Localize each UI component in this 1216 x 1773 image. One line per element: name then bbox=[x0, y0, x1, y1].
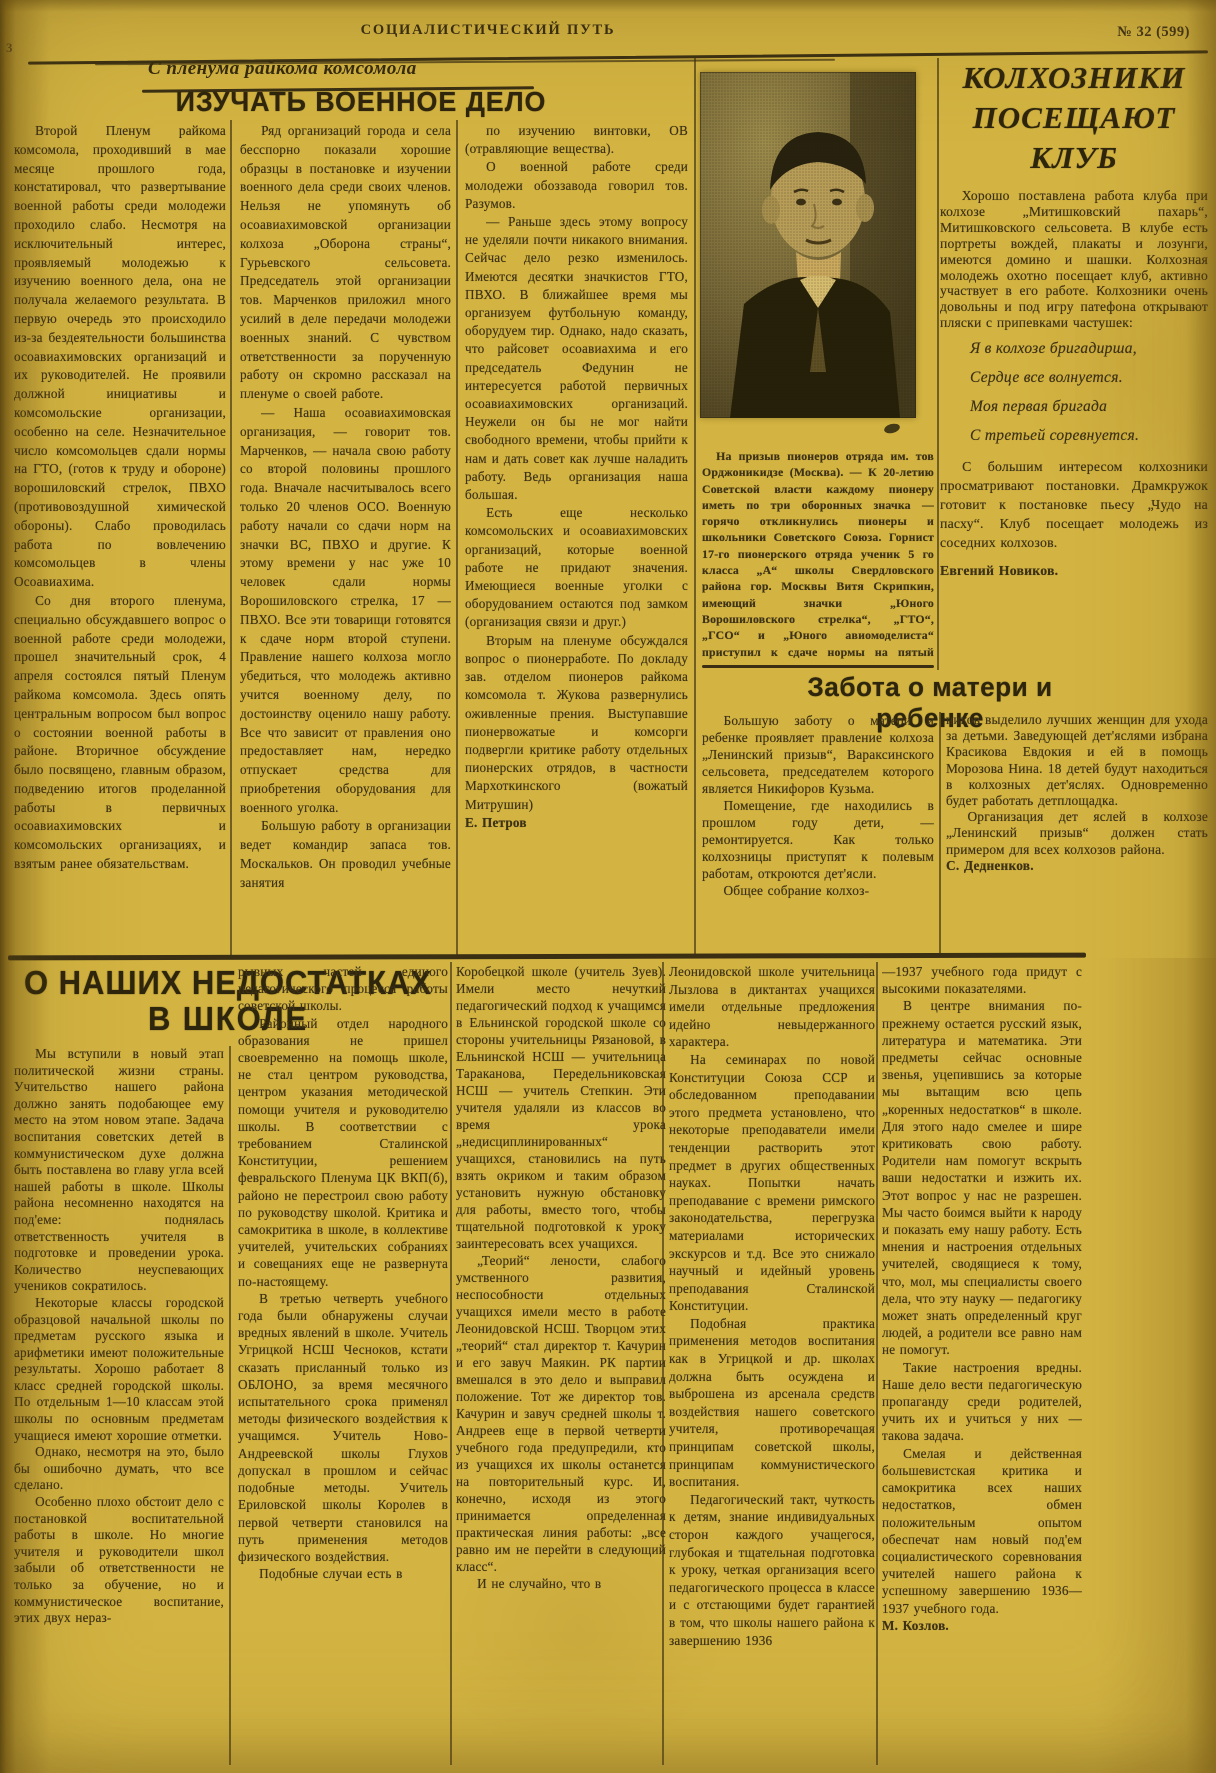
club-article-byline: Евгений Новиков. bbox=[940, 561, 1208, 580]
paragraph: И не случайно, что в bbox=[456, 1575, 666, 1592]
care-article-column-2: ников выделило лучших женщин для ухода з… bbox=[946, 712, 1208, 955]
column-rule bbox=[450, 962, 452, 1765]
paragraph: Леонидовской школе учительница Лызлова в… bbox=[669, 963, 875, 1051]
pioneer-boy-photo bbox=[700, 72, 916, 418]
paragraph: Есть еще несколько комсомольских и осоав… bbox=[465, 504, 688, 631]
paragraph: рывных частей единого педагогического пр… bbox=[238, 963, 448, 1015]
issue-number: № 32 (599) bbox=[1050, 24, 1190, 41]
column-rule bbox=[230, 120, 232, 955]
paragraph: Особенно плохо обстоит дело с постановко… bbox=[14, 1494, 224, 1627]
care-article-byline: С. Дедненков. bbox=[946, 858, 1208, 874]
caption-text: На призыв пионеров отряда им. тов Орджон… bbox=[702, 448, 934, 660]
bottom-right-margin-shade bbox=[1095, 958, 1216, 1773]
paragraph: Помещение, где находились в прошлом году… bbox=[702, 797, 934, 882]
paragraph: О военной работе среди молодежи обоззаво… bbox=[465, 158, 688, 213]
paragraph: — Раньше здесь этому вопросу не уделяли … bbox=[465, 213, 688, 504]
newspaper-page: 3 СОЦИАЛИСТИЧЕСКИЙ ПУТЬ № 32 (599) С пле… bbox=[0, 0, 1216, 1773]
column-rule bbox=[876, 962, 878, 1765]
paragraph: Большую заботу о матери и ребенке проявл… bbox=[702, 712, 934, 797]
school-article-column-2: рывных частей единого педагогического пр… bbox=[238, 963, 448, 1765]
paragraph: Общее собрание колхоз- bbox=[702, 882, 934, 899]
page-number: 3 bbox=[6, 40, 13, 56]
military-article-column-3: по изучению винтовки, ОВ (отравляющие ве… bbox=[465, 122, 688, 956]
paragraph: —1937 учебного года придут с высокими по… bbox=[882, 963, 1082, 997]
paragraph: Некоторые классы городской образцовой на… bbox=[14, 1295, 224, 1444]
column-rule bbox=[456, 120, 458, 955]
chastushka-verse: Я в колхозе бригадирша, Сердце все волну… bbox=[970, 341, 1208, 444]
paragraph: В третью четверть учебного года были обн… bbox=[238, 1290, 448, 1565]
verse-line: С третьей соревнуется. bbox=[970, 428, 1208, 444]
paragraph: Однако, несмотря на это, было бы ошибочн… bbox=[14, 1444, 224, 1494]
paragraph: Подобные случаи есть в bbox=[238, 1565, 448, 1582]
school-article-column-1: Мы вступили в новый этап политической жи… bbox=[14, 1046, 224, 1764]
paragraph: Вторым на пленуме обсуждался вопрос о пи… bbox=[465, 632, 688, 814]
column-rule bbox=[662, 962, 664, 1765]
paragraph: Большую работу в организации ведет коман… bbox=[240, 817, 451, 892]
paragraph: На семинарах по новой Конституции Союза … bbox=[669, 1051, 875, 1315]
paragraph: С большим интересом колхозники просматри… bbox=[940, 457, 1208, 552]
military-article-title: ИЗУЧАТЬ ВОЕННОЕ ДЕЛО bbox=[147, 86, 575, 118]
school-article-column-5: —1937 учебного года придут с высокими по… bbox=[882, 963, 1082, 1765]
column-rule bbox=[939, 712, 941, 955]
military-article-column-2: Ряд организаций города и села бесспорно … bbox=[240, 122, 451, 956]
school-article-column-4: Леонидовской школе учительница Лызлова в… bbox=[669, 963, 875, 1765]
verse-line: Сердце все волнуется. bbox=[970, 370, 1208, 386]
paragraph: Коробецкой школе (учитель Зуев). Имели м… bbox=[456, 963, 666, 1252]
paragraph: Организация дет яслей в колхозе „Ленинск… bbox=[946, 809, 1208, 858]
paragraph: Ряд организаций города и села бесспорно … bbox=[240, 122, 451, 404]
paragraph: Такие настроения вредны. Наше дело вести… bbox=[882, 1359, 1082, 1445]
verse-line: Я в колхозе бригадирша, bbox=[970, 341, 1208, 357]
paragraph: „Теорий“ лености, слабого умственного ра… bbox=[456, 1252, 666, 1575]
paragraph: Хорошо поставлена работа клуба при колхо… bbox=[940, 188, 1208, 331]
paragraph: Мы вступили в новый этап политической жи… bbox=[14, 1046, 224, 1295]
paragraph: Подобная практика применения методов вос… bbox=[669, 1315, 875, 1491]
paragraph: Педагогический такт, чуткость к детям, з… bbox=[669, 1491, 875, 1649]
school-article-byline: М. Козлов. bbox=[882, 1617, 1082, 1634]
paragraph: по изучению винтовки, ОВ (отравляющие ве… bbox=[465, 122, 688, 158]
school-article-column-3: Коробецкой школе (учитель Зуев). Имели м… bbox=[456, 963, 666, 1765]
military-article-column-1: Второй Пленум райкома комсомола, проходи… bbox=[14, 122, 226, 956]
care-article-column-1: Большую заботу о матери и ребенке проявл… bbox=[702, 712, 934, 955]
column-rule bbox=[694, 58, 696, 955]
paragraph: Смелая и действенная большевистская крит… bbox=[882, 1445, 1082, 1617]
club-article-title: КОЛХОЗНИКИ ПОСЕЩАЮТ КЛУБ bbox=[938, 58, 1210, 178]
paragraph: Районный отдел народного образования не … bbox=[238, 1015, 448, 1290]
photo-illustration bbox=[700, 72, 916, 418]
page-top-edge bbox=[0, 0, 1216, 12]
paragraph: ников выделило лучших женщин для ухода з… bbox=[946, 712, 1208, 809]
paragraph: В центре внимания по-прежнему остается р… bbox=[882, 997, 1082, 1358]
paragraph: Со дня второго пленума, специально обсуж… bbox=[14, 592, 226, 874]
photo-credit-mark-icon bbox=[883, 422, 901, 435]
photo-caption: На призыв пионеров отряда им. тов Орджон… bbox=[702, 448, 934, 660]
club-article-body: Хорошо поставлена работа клуба при колхо… bbox=[940, 188, 1208, 666]
masthead-title: СОЦИАЛИСТИЧЕСКИЙ ПУТЬ bbox=[338, 22, 638, 39]
paragraph: — Наша осоавиахимовская организация, — г… bbox=[240, 404, 451, 818]
column-rule bbox=[229, 1046, 231, 1765]
military-article-kicker: С пленума райкома комсомола bbox=[148, 58, 417, 80]
caption-rule bbox=[702, 665, 934, 668]
verse-line: Моя первая бригада bbox=[970, 399, 1208, 415]
military-article-byline: Е. Петров bbox=[465, 814, 688, 832]
paragraph: Второй Пленум райкома комсомола, проходи… bbox=[14, 122, 226, 592]
